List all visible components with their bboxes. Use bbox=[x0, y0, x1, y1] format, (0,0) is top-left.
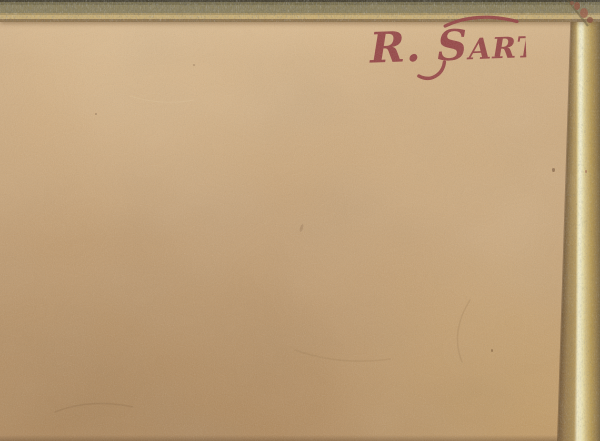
frame-top-band bbox=[0, 0, 600, 22]
artwork-photo: R. Sarti bbox=[0, 0, 600, 441]
paper-surface bbox=[0, 0, 600, 441]
